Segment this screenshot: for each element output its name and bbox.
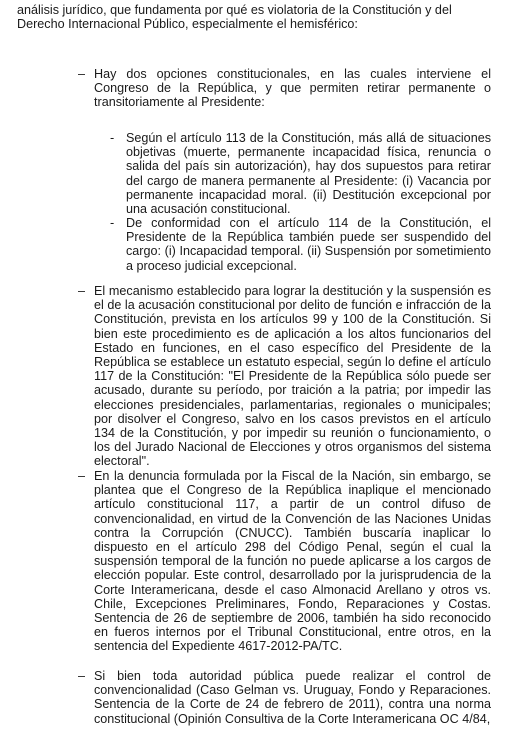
bullet-dash: –: [78, 469, 85, 483]
bullet-dash: –: [78, 284, 85, 298]
bullet-dash: –: [78, 669, 85, 683]
sub-bullet-dash: -: [110, 131, 114, 145]
sub-list-item-text: De conformidad con el artículo 114 de la…: [126, 216, 491, 273]
sub-bullet-dash: -: [110, 216, 114, 230]
sub-list-item-text: Según el artículo 113 de la Constitución…: [126, 131, 491, 216]
list-item-text: El mecanismo establecido para lograr la …: [94, 284, 491, 469]
list-item-text: En la denuncia formulada por la Fiscal d…: [94, 469, 491, 654]
intro-paragraph: análisis jurídico, que fundamenta por qu…: [17, 3, 491, 31]
document-page: análisis jurídico, que fundamenta por qu…: [0, 0, 528, 750]
list-item-text: Si bien toda autoridad pública puede rea…: [94, 669, 491, 726]
bullet-dash: –: [78, 67, 85, 81]
list-item-text: Hay dos opciones constitucionales, en la…: [94, 67, 491, 110]
